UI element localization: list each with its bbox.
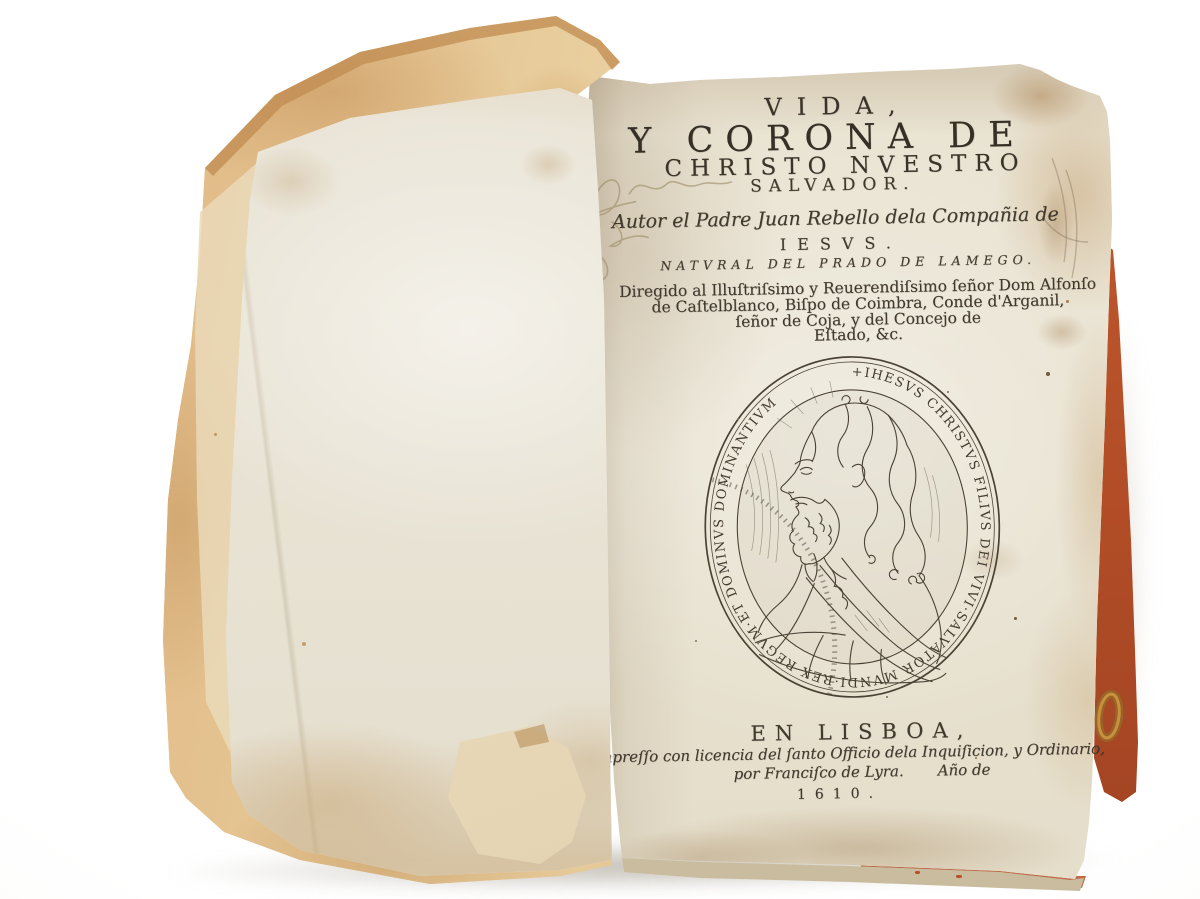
foxing-spot: [1066, 300, 1069, 303]
foxing-spot: [886, 696, 888, 698]
foxing-spot: [915, 871, 920, 874]
foxing-spot: [214, 433, 217, 436]
foxing-spot: [737, 418, 739, 420]
photo-antique-book: VIDA, Y CORONA DE CHRISTO NVESTRO SALVAD…: [0, 0, 1200, 899]
foxing-spot: [947, 391, 949, 393]
foxing-spot: [956, 875, 962, 878]
imprint-year: 1610.: [587, 782, 1092, 807]
christ-portrait-engraving: +IHESVS CHRISTVS FILIVS DEI VIVI·SALVATO…: [698, 350, 1006, 703]
title-page-text-block: VIDA, Y CORONA DE CHRISTO NVESTRO SALVAD…: [590, 76, 1108, 830]
foxing-spot: [1046, 372, 1050, 376]
imprint-gap: [904, 775, 938, 776]
foxing-spot: [975, 757, 977, 759]
printer-name: por Franciſco de Lyra.: [734, 762, 904, 783]
foxing-spot: [1014, 617, 1017, 620]
year-phrase: Año de: [938, 761, 991, 780]
foxing-spot: [302, 642, 306, 646]
foxing-spot: [695, 640, 697, 642]
